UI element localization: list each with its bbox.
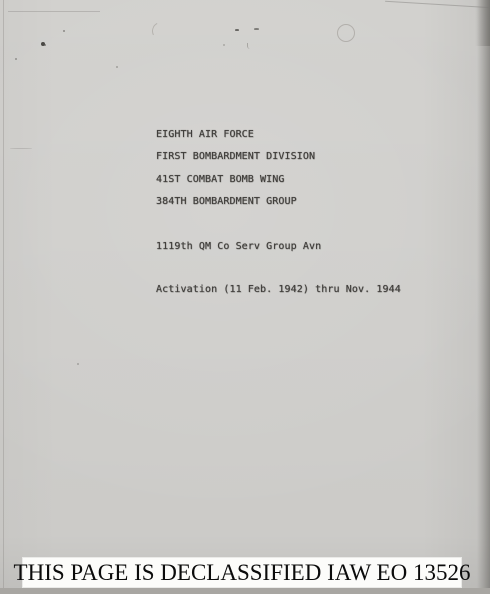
- ink-speck: [15, 58, 17, 60]
- bottom-scan-strip: [0, 588, 490, 594]
- header-line-41st-combat-bomb-wing: 41ST COMBAT BOMB WING: [156, 174, 285, 186]
- pencil-dash-mark: [235, 29, 239, 31]
- ink-speck: [77, 363, 79, 365]
- unit-line: 1119th QM Co Serv Group Avn: [156, 241, 321, 253]
- header-line-first-bombardment-division: FIRST BOMBARDMENT DIVISION: [156, 151, 315, 163]
- paper-left-edge-line: [3, 0, 4, 594]
- scanned-document-page: EIGHTH AIR FORCE FIRST BOMBARDMENT DIVIS…: [0, 0, 490, 594]
- declassification-banner-text: THIS PAGE IS DECLASSIFIED IAW EO 13526: [14, 558, 471, 587]
- pencil-dash-mark: [254, 28, 259, 30]
- pencil-hook-mark: [247, 43, 250, 49]
- scratch-mark: [10, 148, 32, 149]
- declassification-banner: THIS PAGE IS DECLASSIFIED IAW EO 13526: [22, 557, 462, 588]
- date-range-line: Activation (11 Feb. 1942) thru Nov. 1944: [156, 284, 401, 296]
- ink-speck: [63, 30, 65, 32]
- header-line-eighth-air-force: EIGHTH AIR FORCE: [156, 129, 254, 141]
- ink-speck: [223, 44, 225, 46]
- ink-speck: [41, 42, 45, 46]
- paper-right-edge-shadow: [477, 0, 490, 594]
- punch-ring-mark: [337, 24, 355, 42]
- ink-speck: [116, 66, 118, 68]
- scan-crease-line-left: [8, 11, 100, 12]
- partial-ring-mark: [150, 20, 173, 43]
- header-line-384th-bombardment-group: 384TH BOMBARDMENT GROUP: [156, 196, 297, 208]
